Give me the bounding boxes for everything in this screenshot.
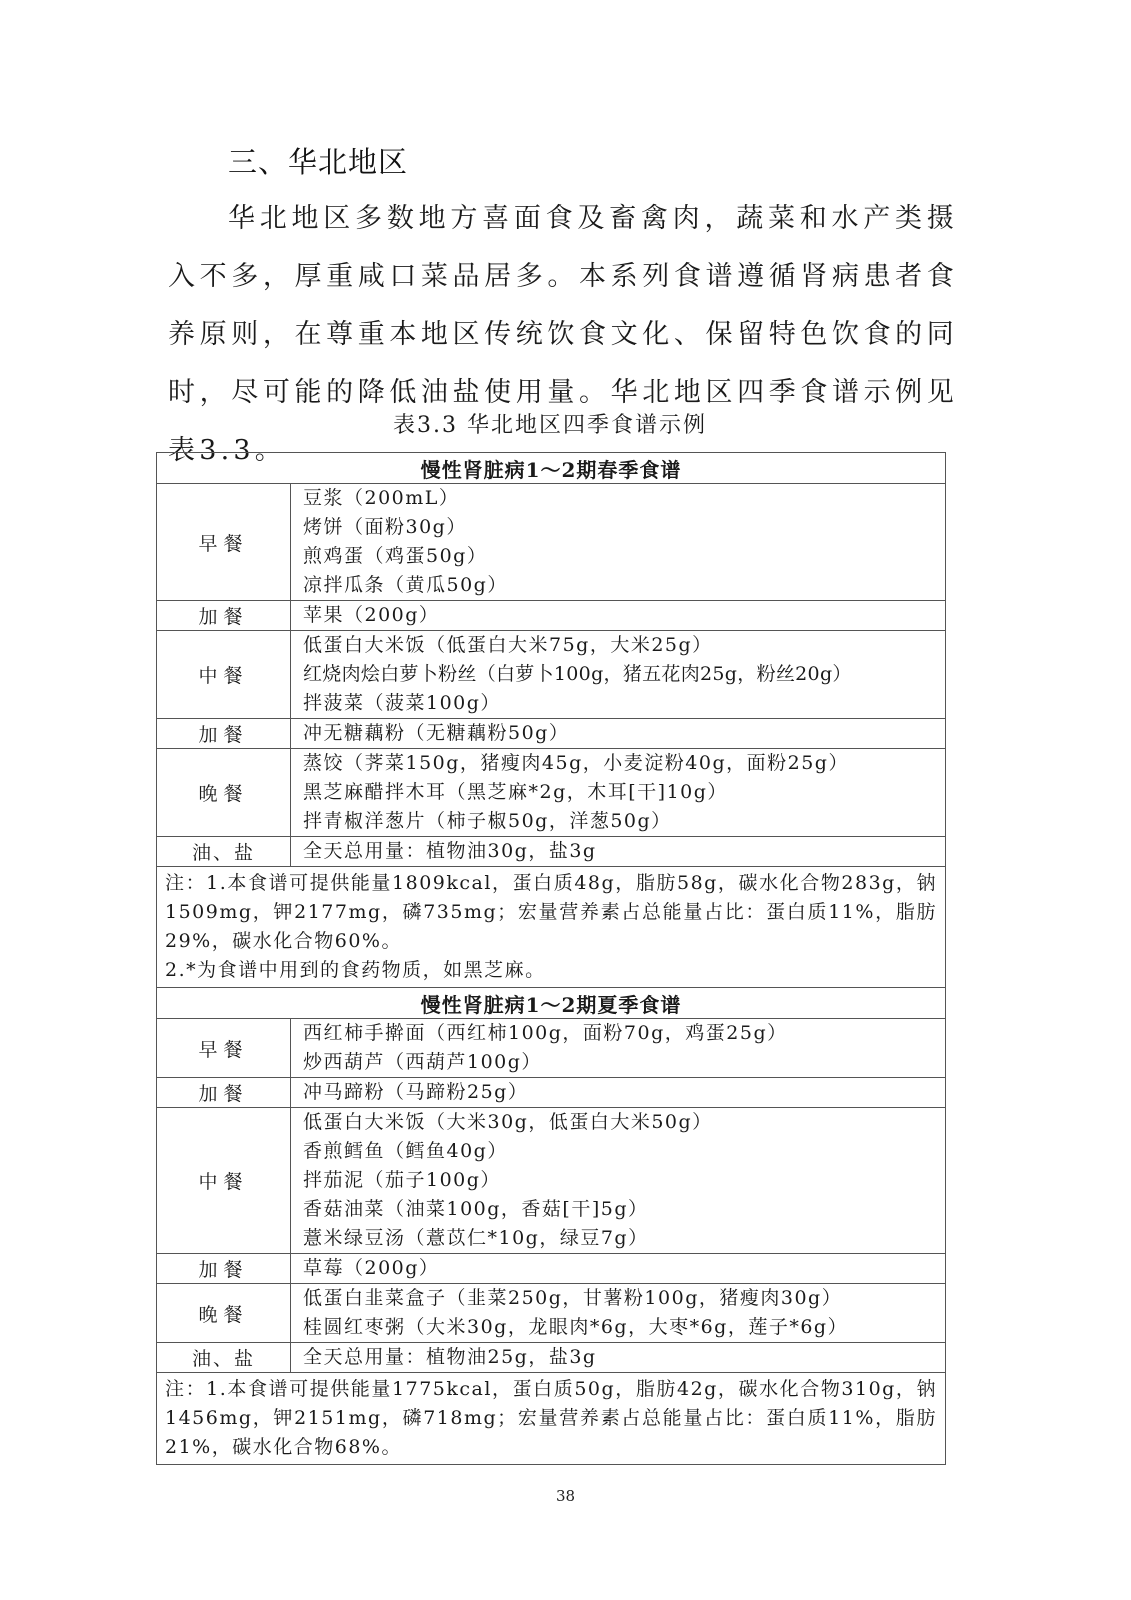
- dish-list: 冲无糖藕粉（无糖藕粉50g）: [291, 719, 946, 749]
- dish-item: 拌青椒洋葱片（柿子椒50g，洋葱50g）: [303, 807, 945, 836]
- dish-item: 红烧肉烩白萝卜粉丝（白萝卜100g，猪五花肉25g，粉丝20g）: [303, 660, 945, 689]
- meal-name: 中餐: [157, 631, 291, 719]
- dish-item: 全天总用量：植物油30g，盐3g: [303, 837, 945, 866]
- dish-item: 薏米绿豆汤（薏苡仁*10g，绿豆7g）: [303, 1224, 945, 1253]
- dish-item: 冲无糖藕粉（无糖藕粉50g）: [303, 719, 945, 748]
- season-title: 慢性肾脏病1～2期春季食谱: [157, 453, 946, 484]
- dish-item: 低蛋白韭菜盒子（韭菜250g，甘薯粉100g，猪瘦肉30g）: [303, 1284, 945, 1313]
- dish-list: 草莓（200g）: [291, 1254, 946, 1284]
- notes-cell: 注：1.本食谱可提供能量1809kcal，蛋白质48g，脂肪58g，碳水化合物2…: [157, 867, 946, 988]
- dish-list: 蒸饺（荠菜150g，猪瘦肉45g，小麦淀粉40g，面粉25g） 黑芝麻醋拌木耳（…: [291, 749, 946, 837]
- meal-name: 晚餐: [157, 1284, 291, 1343]
- meal-row: 加餐 苹果（200g）: [157, 601, 946, 631]
- meal-name: 加餐: [157, 601, 291, 631]
- dish-item: 香菇油菜（油菜100g，香菇[干]5g）: [303, 1195, 945, 1224]
- dish-item: 煎鸡蛋（鸡蛋50g）: [303, 542, 945, 571]
- dish-item: 桂圆红枣粥（大米30g，龙眼肉*6g，大枣*6g，莲子*6g）: [303, 1313, 945, 1342]
- dish-item: 炒西葫芦（西葫芦100g）: [303, 1048, 945, 1077]
- meal-name: 油、盐: [157, 837, 291, 867]
- dish-item: 全天总用量：植物油25g，盐3g: [303, 1343, 945, 1372]
- dish-item: 豆浆（200mL）: [303, 484, 945, 513]
- dish-item: 低蛋白大米饭（大米30g，低蛋白大米50g）: [303, 1108, 945, 1137]
- section-heading: 三、华北地区: [228, 140, 408, 181]
- dish-list: 苹果（200g）: [291, 601, 946, 631]
- meal-name: 加餐: [157, 1254, 291, 1284]
- dish-item: 黑芝麻醋拌木耳（黑芝麻*2g，木耳[干]10g）: [303, 778, 945, 807]
- dish-item: 烤饼（面粉30g）: [303, 513, 945, 542]
- notes-row: 注：1.本食谱可提供能量1775kcal，蛋白质50g，脂肪42g，碳水化合物3…: [157, 1373, 946, 1465]
- dish-list: 低蛋白大米饭（低蛋白大米75g，大米25g） 红烧肉烩白萝卜粉丝（白萝卜100g…: [291, 631, 946, 719]
- table-caption: 表3.3 华北地区四季食谱示例: [0, 408, 1100, 439]
- dish-item: 苹果（200g）: [303, 601, 945, 630]
- dish-item: 凉拌瓜条（黄瓜50g）: [303, 571, 945, 600]
- meal-name: 中餐: [157, 1108, 291, 1254]
- notes-row: 注：1.本食谱可提供能量1809kcal，蛋白质48g，脂肪58g，碳水化合物2…: [157, 867, 946, 988]
- dish-item: 冲马蹄粉（马蹄粉25g）: [303, 1078, 945, 1107]
- note-text: 注：1.本食谱可提供能量1809kcal，蛋白质48g，脂肪58g，碳水化合物2…: [165, 869, 937, 956]
- meal-row: 加餐 冲马蹄粉（马蹄粉25g）: [157, 1078, 946, 1108]
- page-number: 38: [0, 1487, 1131, 1505]
- dish-list: 低蛋白韭菜盒子（韭菜250g，甘薯粉100g，猪瘦肉30g） 桂圆红枣粥（大米3…: [291, 1284, 946, 1343]
- dish-list: 冲马蹄粉（马蹄粉25g）: [291, 1078, 946, 1108]
- dish-list: 西红柿手擀面（西红柿100g，面粉70g，鸡蛋25g） 炒西葫芦（西葫芦100g…: [291, 1019, 946, 1078]
- meal-row: 早餐 豆浆（200mL） 烤饼（面粉30g） 煎鸡蛋（鸡蛋50g） 凉拌瓜条（黄…: [157, 484, 946, 601]
- meal-row: 早餐 西红柿手擀面（西红柿100g，面粉70g，鸡蛋25g） 炒西葫芦（西葫芦1…: [157, 1019, 946, 1078]
- dish-item: 低蛋白大米饭（低蛋白大米75g，大米25g）: [303, 631, 945, 660]
- meal-name: 早餐: [157, 1019, 291, 1078]
- season-header-row: 慢性肾脏病1～2期春季食谱: [157, 453, 946, 484]
- note-text: 注：1.本食谱可提供能量1775kcal，蛋白质50g，脂肪42g，碳水化合物3…: [165, 1375, 937, 1462]
- dish-list: 豆浆（200mL） 烤饼（面粉30g） 煎鸡蛋（鸡蛋50g） 凉拌瓜条（黄瓜50…: [291, 484, 946, 601]
- meal-name: 油、盐: [157, 1343, 291, 1373]
- dish-item: 香煎鳕鱼（鳕鱼40g）: [303, 1137, 945, 1166]
- meal-name: 早餐: [157, 484, 291, 601]
- note-text: 2.*为食谱中用到的食药物质，如黑芝麻。: [165, 956, 937, 985]
- dish-list: 低蛋白大米饭（大米30g，低蛋白大米50g） 香煎鳕鱼（鳕鱼40g） 拌茄泥（茄…: [291, 1108, 946, 1254]
- meal-row: 中餐 低蛋白大米饭（大米30g，低蛋白大米50g） 香煎鳕鱼（鳕鱼40g） 拌茄…: [157, 1108, 946, 1254]
- meal-row: 油、盐 全天总用量：植物油30g，盐3g: [157, 837, 946, 867]
- meal-name: 加餐: [157, 1078, 291, 1108]
- meal-row: 中餐 低蛋白大米饭（低蛋白大米75g，大米25g） 红烧肉烩白萝卜粉丝（白萝卜1…: [157, 631, 946, 719]
- meal-name: 晚餐: [157, 749, 291, 837]
- dish-list: 全天总用量：植物油25g，盐3g: [291, 1343, 946, 1373]
- dish-item: 蒸饺（荠菜150g，猪瘦肉45g，小麦淀粉40g，面粉25g）: [303, 749, 945, 778]
- meal-row: 晚餐 低蛋白韭菜盒子（韭菜250g，甘薯粉100g，猪瘦肉30g） 桂圆红枣粥（…: [157, 1284, 946, 1343]
- menu-table: 慢性肾脏病1～2期春季食谱 早餐 豆浆（200mL） 烤饼（面粉30g） 煎鸡蛋…: [156, 452, 946, 1465]
- dish-item: 草莓（200g）: [303, 1254, 945, 1283]
- dish-list: 全天总用量：植物油30g，盐3g: [291, 837, 946, 867]
- meal-row: 晚餐 蒸饺（荠菜150g，猪瘦肉45g，小麦淀粉40g，面粉25g） 黑芝麻醋拌…: [157, 749, 946, 837]
- dish-item: 西红柿手擀面（西红柿100g，面粉70g，鸡蛋25g）: [303, 1019, 945, 1048]
- notes-cell: 注：1.本食谱可提供能量1775kcal，蛋白质50g，脂肪42g，碳水化合物3…: [157, 1373, 946, 1465]
- season-title: 慢性肾脏病1～2期夏季食谱: [157, 988, 946, 1019]
- dish-item: 拌茄泥（茄子100g）: [303, 1166, 945, 1195]
- meal-name: 加餐: [157, 719, 291, 749]
- meal-row: 油、盐 全天总用量：植物油25g，盐3g: [157, 1343, 946, 1373]
- meal-row: 加餐 冲无糖藕粉（无糖藕粉50g）: [157, 719, 946, 749]
- dish-item: 拌菠菜（菠菜100g）: [303, 689, 945, 718]
- season-header-row: 慢性肾脏病1～2期夏季食谱: [157, 988, 946, 1019]
- meal-row: 加餐 草莓（200g）: [157, 1254, 946, 1284]
